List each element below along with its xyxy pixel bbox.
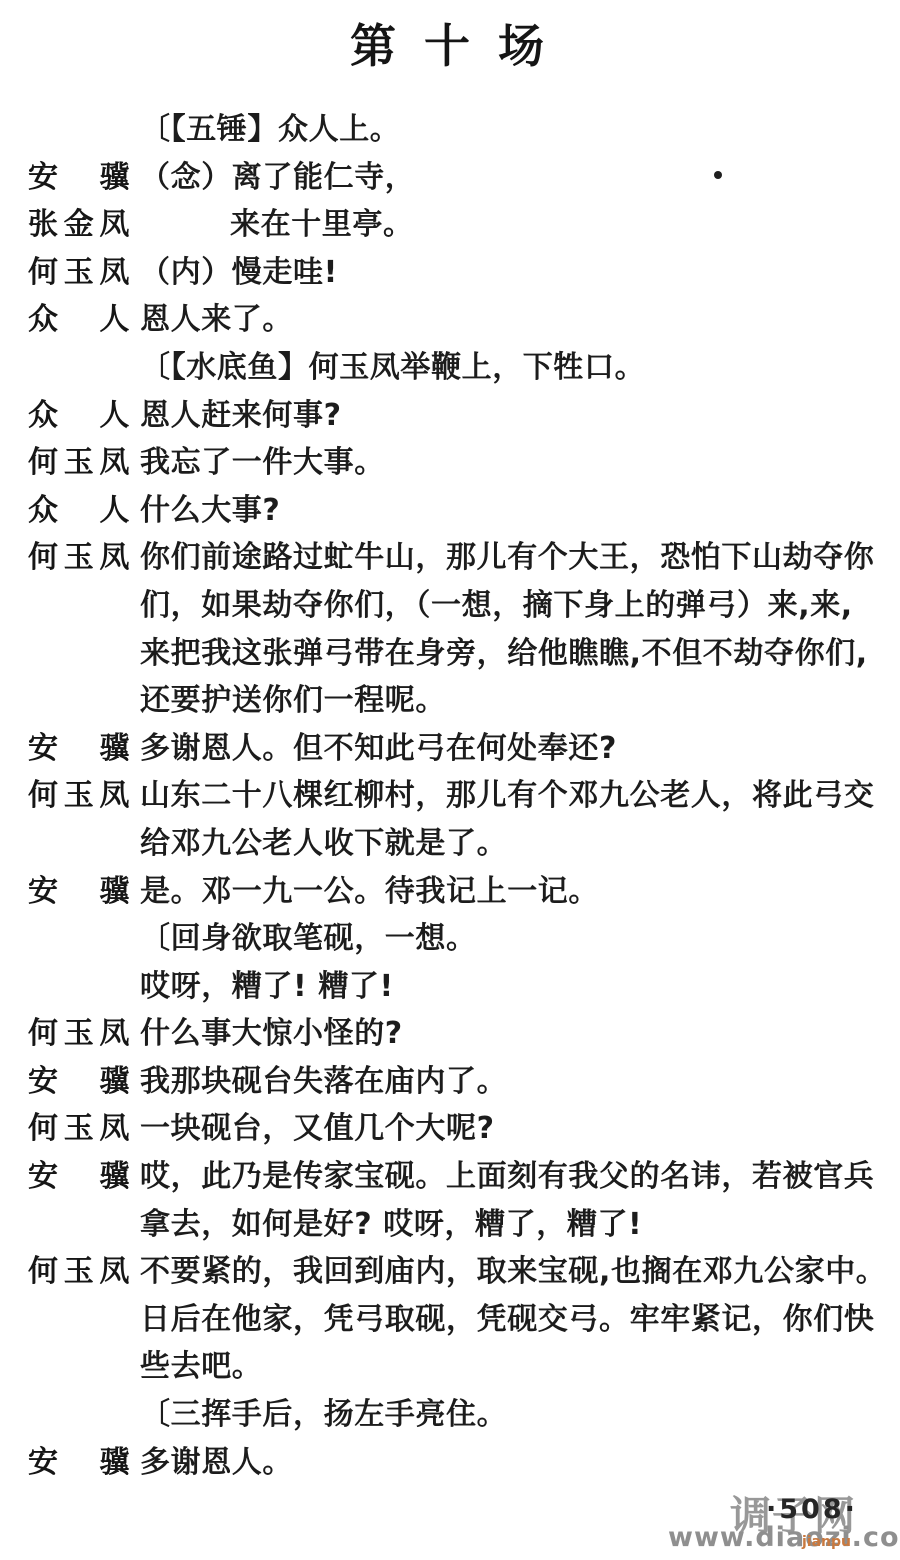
script-line: 安 骥多谢恩人。	[0, 1433, 900, 1481]
page-number: ·508·	[766, 1494, 858, 1525]
script-line: 何玉凤什么事大惊小怪的?	[0, 1004, 900, 1052]
dialogue-text: 多谢恩人。但不知此弓在何处奉还?	[140, 723, 617, 767]
script-line: 拿去，如何是好? 哎呀，糟了，糟了!	[0, 1195, 900, 1243]
dialogue-text: 给邓九公老人收下就是了。	[140, 818, 507, 862]
watermark-url: www.diaozi.com	[668, 1522, 900, 1553]
speaker-name: 何玉凤	[28, 437, 130, 481]
dialogue-text: 一块砚台，又值几个大呢?	[140, 1103, 495, 1147]
script-line: 安 骥多谢恩人。但不知此弓在何处奉还?	[0, 719, 900, 767]
script-line: 何玉凤（内）慢走哇!	[0, 243, 900, 291]
script-line: 〔【五锤】众人上。	[0, 100, 900, 148]
script-line: 日后在他家，凭弓取砚，凭砚交弓。牢牢紧记，你们快	[0, 1290, 900, 1338]
dialogue-text: 日后在他家，凭弓取砚，凭砚交弓。牢牢紧记，你们快	[140, 1294, 874, 1338]
dialogue-text: 还要护送你们一程呢。	[140, 675, 446, 719]
script-line: 〔【水底鱼】何玉凤举鞭上，下牲口。	[0, 338, 900, 386]
script-line: 众 人什么大事?	[0, 481, 900, 529]
dialogue-text: 来在十里亭。	[230, 199, 414, 243]
dialogue-text: 们，如果劫夺你们，（一想，摘下身上的弹弓）来,来,	[140, 580, 853, 624]
dialogue-text: 我那块砚台失落在庙内了。	[140, 1056, 507, 1100]
watermark-fragment: jianpu	[802, 1534, 851, 1550]
dialogue-text: 多谢恩人。	[140, 1437, 293, 1481]
dialogue-text: 恩人来了。	[140, 294, 293, 338]
script-line: 〔三挥手后，扬左手亮住。	[0, 1385, 900, 1433]
script-line: 张金凤来在十里亭。	[0, 195, 900, 243]
script-line: 些去吧。	[0, 1337, 900, 1385]
script-line: 还要护送你们一程呢。	[0, 671, 900, 719]
script-line: 安 骥哎，此乃是传家宝砚。上面刻有我父的名讳，若被官兵	[0, 1147, 900, 1195]
dialogue-text: 哎呀，糟了! 糟了!	[140, 961, 394, 1005]
speaker-name: 安 骥	[28, 723, 130, 767]
scanned-script-page: 第 十 场 〔【五锤】众人上。安 骥（念）离了能仁寺，张金凤来在十里亭。何玉凤（…	[0, 0, 900, 1560]
stage-direction: 〔【水底鱼】何玉凤举鞭上，下牲口。	[140, 342, 645, 386]
speaker-name: 安 骥	[28, 1151, 130, 1195]
dialogue-text: 是。邓一九一公。待我记上一记。	[140, 866, 599, 910]
speaker-name: 安 骥	[28, 866, 130, 910]
script-line: 何玉凤山东二十八棵红柳村，那儿有个邓九公老人，将此弓交	[0, 766, 900, 814]
script-line: 众 人恩人来了。	[0, 290, 900, 338]
script-line: 哎呀，糟了! 糟了!	[0, 957, 900, 1005]
script-line: 何玉凤你们前途路过虻牛山，那儿有个大王，恐怕下山劫夺你	[0, 528, 900, 576]
script-line: 〔回身欲取笔砚，一想。	[0, 909, 900, 957]
speaker-name: 安 骥	[28, 1437, 130, 1481]
dialogue-text: 哎，此乃是传家宝砚。上面刻有我父的名讳，若被官兵	[140, 1151, 874, 1195]
dialogue-text: （内）慢走哇!	[140, 247, 338, 291]
dialogue-text: 不要紧的，我回到庙内，取来宝砚,也搁在邓九公家中。	[140, 1246, 886, 1290]
dialogue-text: 你们前途路过虻牛山，那儿有个大王，恐怕下山劫夺你	[140, 532, 874, 576]
stage-direction: 〔三挥手后，扬左手亮住。	[140, 1389, 507, 1433]
speaker-name: 张金凤	[28, 199, 130, 243]
script-line: 给邓九公老人收下就是了。	[0, 814, 900, 862]
speaker-name: 安 骥	[28, 1056, 130, 1100]
dialogue-text: 什么大事?	[140, 485, 280, 529]
script-line: 何玉凤一块砚台，又值几个大呢?	[0, 1099, 900, 1147]
speaker-name: 何玉凤	[28, 1246, 130, 1290]
stage-direction: 〔回身欲取笔砚，一想。	[140, 913, 477, 957]
speaker-name: 何玉凤	[28, 770, 130, 814]
speaker-name: 何玉凤	[28, 1103, 130, 1147]
stage-direction: 〔【五锤】众人上。	[140, 104, 400, 148]
speaker-name: 众 人	[28, 485, 130, 529]
dialogue-text: 山东二十八棵红柳村，那儿有个邓九公老人，将此弓交	[140, 770, 874, 814]
speaker-name: 众 人	[28, 390, 130, 434]
dialogue-text: 恩人赶来何事?	[140, 390, 342, 434]
script-line: 安 骥我那块砚台失落在庙内了。	[0, 1052, 900, 1100]
dialogue-text: 来把我这张弹弓带在身旁，给他瞧瞧,不但不劫夺你们,	[140, 628, 868, 672]
script-line: 安 骥是。邓一九一公。待我记上一记。	[0, 862, 900, 910]
script-line: 们，如果劫夺你们，（一想，摘下身上的弹弓）来,来,	[0, 576, 900, 624]
dialogue-text: 拿去，如何是好? 哎呀，糟了，糟了!	[140, 1199, 642, 1243]
page-title: 第 十 场	[0, 10, 900, 76]
dialogue-text: 我忘了一件大事。	[140, 437, 385, 481]
script-line: 安 骥（念）离了能仁寺，	[0, 148, 900, 196]
dialogue-text: 些去吧。	[140, 1341, 262, 1385]
speaker-name: 何玉凤	[28, 1008, 130, 1052]
script-line: 何玉凤我忘了一件大事。	[0, 433, 900, 481]
speaker-name: 众 人	[28, 294, 130, 338]
dialogue-text: （念）离了能仁寺，	[140, 152, 415, 196]
script-line: 来把我这张弹弓带在身旁，给他瞧瞧,不但不劫夺你们,	[0, 624, 900, 672]
script-line: 众 人恩人赶来何事?	[0, 386, 900, 434]
speaker-name: 安 骥	[28, 152, 130, 196]
script-line: 何玉凤不要紧的，我回到庙内，取来宝砚,也搁在邓九公家中。	[0, 1242, 900, 1290]
speaker-name: 何玉凤	[28, 532, 130, 576]
script-body: 〔【五锤】众人上。安 骥（念）离了能仁寺，张金凤来在十里亭。何玉凤（内）慢走哇!…	[0, 100, 900, 1480]
dialogue-text: 什么事大惊小怪的?	[140, 1008, 403, 1052]
speaker-name: 何玉凤	[28, 247, 130, 291]
